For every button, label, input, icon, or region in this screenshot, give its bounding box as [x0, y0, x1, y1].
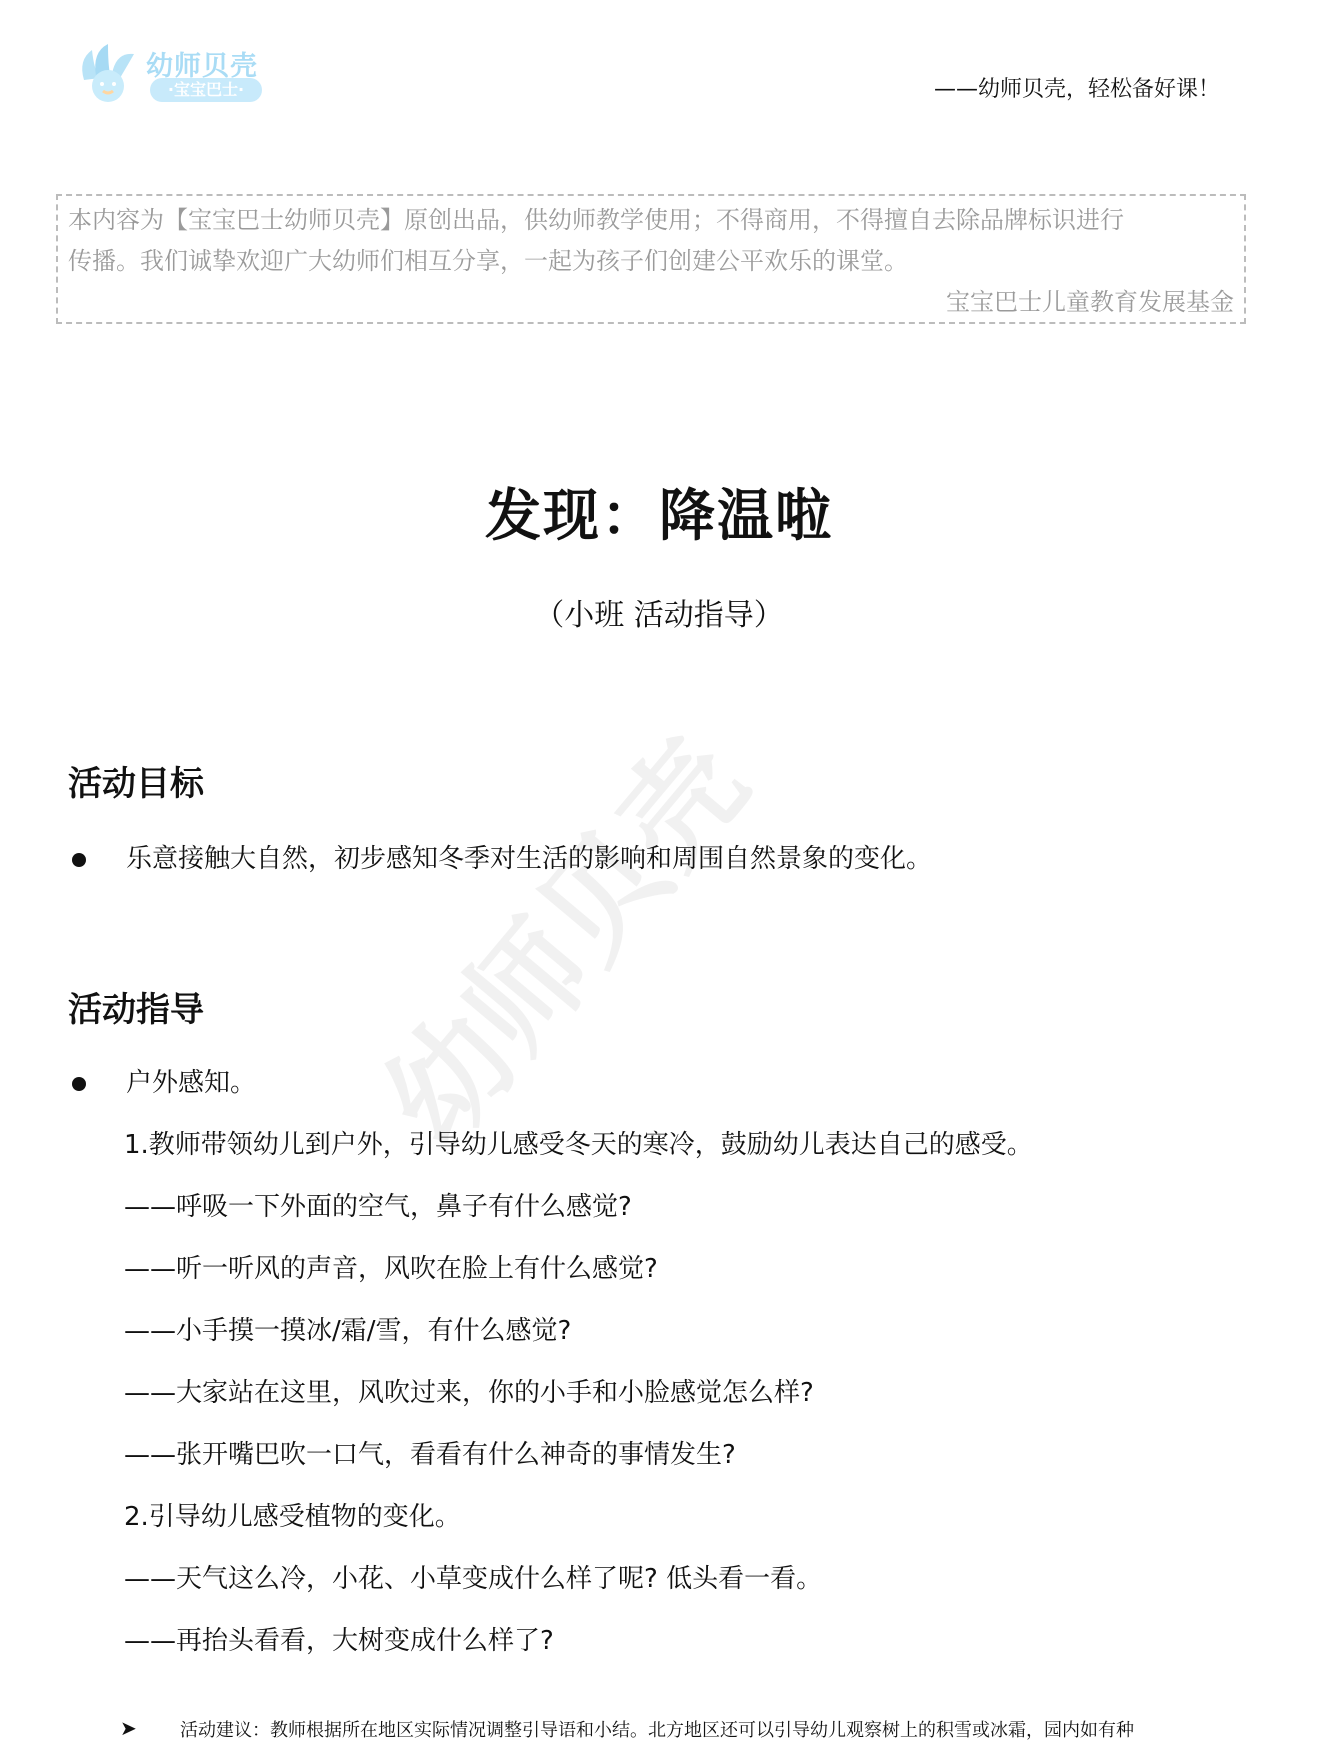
notice-line-1: 本内容为【宝宝巴士幼师贝壳】原创出品，供幼师教学使用；不得商用，不得擅自去除品牌… — [68, 200, 1234, 241]
section-heading-guidance: 活动指导 — [68, 982, 204, 1031]
arrow-bullet-icon: ➤ — [120, 1716, 137, 1740]
guidance-line: ——再抬头看看，大树变成什么样了? — [124, 1620, 554, 1657]
bullet-icon — [72, 1077, 86, 1091]
guidance-bullet-text: 户外感知。 — [126, 1068, 256, 1098]
guidance-line: ——张开嘴巴吹一口气，看看有什么神奇的事情发生? — [124, 1434, 736, 1471]
tip-text: 活动建议：教师根据所在地区实际情况调整引导语和小结。北方地区还可以引导幼儿观察树… — [180, 1716, 1134, 1742]
logo-sub-brand: ·宝宝巴士· — [150, 78, 262, 102]
guidance-line: ——听一听风的声音，风吹在脸上有什么感觉? — [124, 1248, 658, 1285]
header-slogan: ——幼师贝壳，轻松备好课！ — [934, 72, 1220, 103]
guidance-line: ——天气这么冷，小花、小草变成什么样了呢? 低头看一看。 — [124, 1558, 822, 1595]
guidance-line: ——小手摸一摸冰/霜/雪，有什么感觉? — [124, 1310, 571, 1347]
brand-logo: 幼师贝壳 ·宝宝巴士· — [74, 40, 274, 106]
guidance-line: ——大家站在这里，风吹过来，你的小手和小脸感觉怎么样? — [124, 1372, 814, 1409]
copyright-notice: 本内容为【宝宝巴士幼师贝壳】原创出品，供幼师教学使用；不得商用，不得擅自去除品牌… — [56, 194, 1246, 324]
section-heading-goals: 活动目标 — [68, 756, 204, 805]
goal-text: 乐意接触大自然，初步感知冬季对生活的影响和周围自然景象的变化。 — [126, 844, 932, 874]
guidance-bullet: 户外感知。 — [68, 1062, 256, 1099]
goal-bullet: 乐意接触大自然，初步感知冬季对生活的影响和周围自然景象的变化。 — [68, 838, 932, 875]
shell-icon — [74, 40, 144, 106]
page-subtitle: （小班 活动指导） — [0, 590, 1318, 634]
page-title: 发现：降温啦 — [0, 472, 1318, 552]
notice-signature: 宝宝巴士儿童教育发展基金 — [946, 282, 1234, 323]
guidance-line: 2.引导幼儿感受植物的变化。 — [124, 1496, 461, 1533]
guidance-line: 1.教师带领幼儿到户外，引导幼儿感受冬天的寒冷，鼓励幼儿表达自己的感受。 — [124, 1124, 1033, 1161]
notice-line-2: 传播。我们诚挚欢迎广大幼师们相互分享，一起为孩子们创建公平欢乐的课堂。 — [68, 241, 1234, 282]
guidance-line: ——呼吸一下外面的空气，鼻子有什么感觉? — [124, 1186, 632, 1223]
bullet-icon — [72, 853, 86, 867]
